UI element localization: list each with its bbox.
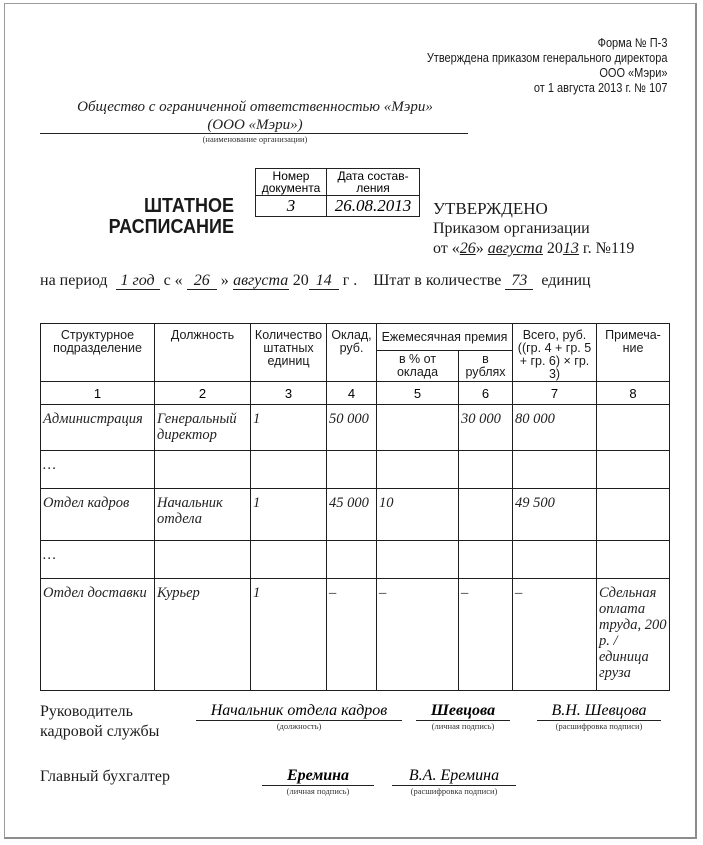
table-cell bbox=[377, 541, 459, 579]
column-number: 6 bbox=[459, 382, 513, 405]
hr-head-label: Руководитель кадровой службы bbox=[40, 702, 159, 742]
table-cell bbox=[459, 489, 513, 541]
document-title: ШТАТНОЕ РАСПИСАНИЕ bbox=[95, 196, 234, 238]
period-year-suffix: 14 bbox=[309, 273, 339, 290]
staff-count-label: Штат в количестве bbox=[373, 272, 501, 289]
table-cell: Начальник отдела bbox=[155, 489, 251, 541]
table-cell bbox=[155, 541, 251, 579]
header-bonus-rub: в рублях bbox=[459, 351, 513, 382]
header-note: Примеча-ние bbox=[597, 324, 670, 382]
hr-head-label-line2: кадровой службы bbox=[40, 722, 159, 742]
hr-head-position-field: Начальник отдела кадров (должность) bbox=[196, 702, 402, 731]
table-cell: – bbox=[513, 579, 597, 691]
approval-order-date: от «26» августа 2013 г. №119 bbox=[433, 239, 634, 259]
document-title-line2: РАСПИСАНИЕ bbox=[95, 217, 234, 238]
chief-accountant-signature: Еремина bbox=[262, 767, 374, 786]
form-approval-org: ООО «Мэри» bbox=[426, 66, 667, 81]
table-cell: 10 bbox=[377, 489, 459, 541]
header-bonus-group: Ежемесячная премия bbox=[377, 324, 513, 351]
approval-month: августа bbox=[488, 240, 543, 257]
table-cell: Сдельная оплата труда, 200 р. / единица … bbox=[597, 579, 670, 691]
document-number-date-box: Номер документа Дата состав-ления 3 26.0… bbox=[255, 168, 420, 217]
hr-head-signature-field: Шевцова (личная подпись) bbox=[416, 702, 510, 731]
table-cell bbox=[377, 405, 459, 451]
table-cell bbox=[513, 451, 597, 489]
column-number: 1 bbox=[41, 382, 155, 405]
table-cell bbox=[597, 541, 670, 579]
approval-year-prefix: 20 bbox=[543, 240, 563, 257]
hr-head-signature: Шевцова bbox=[416, 702, 510, 721]
chief-accountant-label: Главный бухгалтер bbox=[40, 767, 170, 787]
table-cell bbox=[251, 451, 327, 489]
column-number: 2 bbox=[155, 382, 251, 405]
chief-accountant-signature-field: Еремина (личная подпись) bbox=[262, 767, 374, 796]
hr-head-decoding-field: В.Н. Шевцова (расшифровка подписи) bbox=[537, 702, 661, 731]
approval-prefix: от « bbox=[433, 240, 460, 257]
document-number-value: 3 bbox=[256, 196, 327, 217]
table-cell bbox=[597, 405, 670, 451]
table-cell bbox=[251, 541, 327, 579]
period-year-unit: г . bbox=[343, 272, 358, 289]
period-year-prefix: 20 bbox=[293, 272, 309, 289]
approval-mid: » bbox=[476, 240, 488, 257]
staff-count-unit: единиц bbox=[541, 272, 590, 289]
header-department: Структурное подразделение bbox=[41, 324, 155, 382]
hr-head-decoding: В.Н. Шевцова bbox=[537, 702, 661, 721]
table-cell: Администрация bbox=[41, 405, 155, 451]
organization-full-name: Общество с ограниченной ответственностью… bbox=[40, 98, 470, 116]
header-salary: Оклад, руб. bbox=[327, 324, 377, 382]
column-number: 3 bbox=[251, 382, 327, 405]
table-cell bbox=[155, 451, 251, 489]
column-number: 8 bbox=[597, 382, 670, 405]
chief-accountant-signature-caption: (личная подпись) bbox=[262, 786, 374, 796]
header-total: Всего, руб. ((гр. 4 + гр. 5 + гр. 6) × г… bbox=[513, 324, 597, 382]
document-date-label: Дата состав-ления bbox=[327, 169, 420, 196]
hr-head-position-caption: (должность) bbox=[196, 721, 402, 731]
table-row: АдминистрацияГенеральный директор150 000… bbox=[41, 405, 670, 451]
table-row: … bbox=[41, 451, 670, 489]
header-position: Должность bbox=[155, 324, 251, 382]
table-row: Отдел доставкиКурьер1––––Сдельная оплата… bbox=[41, 579, 670, 691]
table-cell: … bbox=[41, 541, 155, 579]
period-from-label: с « bbox=[164, 272, 183, 289]
document-title-line1: ШТАТНОЕ bbox=[95, 196, 234, 217]
form-approval-date: от 1 августа 2013 г. № 107 bbox=[426, 81, 667, 96]
table-cell: Отдел доставки bbox=[41, 579, 155, 691]
column-number: 5 bbox=[377, 382, 459, 405]
column-numbers-row: 1 2 3 4 5 6 7 8 bbox=[41, 382, 670, 405]
table-cell bbox=[327, 541, 377, 579]
approval-order: Приказом организации bbox=[433, 219, 634, 239]
table-cell: 1 bbox=[251, 489, 327, 541]
table-cell: 1 bbox=[251, 405, 327, 451]
staff-count-value: 73 bbox=[505, 273, 533, 290]
table-cell: – bbox=[327, 579, 377, 691]
hr-head-position: Начальник отдела кадров bbox=[196, 702, 402, 721]
approval-heading: УТВЕРЖДЕНО bbox=[433, 199, 634, 219]
organization-name: Общество с ограниченной ответственностью… bbox=[40, 98, 470, 134]
chief-accountant-decoding-caption: (расшифровка подписи) bbox=[392, 786, 516, 796]
form-approval-line: Утверждена приказом генерального директо… bbox=[426, 51, 667, 66]
period-month: августа bbox=[233, 273, 289, 290]
chief-accountant-decoding-field: В.А. Еремина (расшифровка подписи) bbox=[392, 767, 516, 796]
document-number-label: Номер документа bbox=[256, 169, 327, 196]
table-cell bbox=[597, 489, 670, 541]
header-bonus-percent: в % от оклада bbox=[377, 351, 459, 382]
hr-head-signature-caption: (личная подпись) bbox=[416, 721, 510, 731]
table-cell: Отдел кадров bbox=[41, 489, 155, 541]
table-row: … bbox=[41, 541, 670, 579]
table-cell bbox=[459, 541, 513, 579]
table-cell: Генеральный директор bbox=[155, 405, 251, 451]
table-cell: 50 000 bbox=[327, 405, 377, 451]
table-cell: 80 000 bbox=[513, 405, 597, 451]
column-number: 7 bbox=[513, 382, 597, 405]
period-day: 26 bbox=[187, 273, 217, 290]
table-row: Отдел кадровНачальник отдела145 0001049 … bbox=[41, 489, 670, 541]
table-cell: … bbox=[41, 451, 155, 489]
form-number: Форма № П-3 bbox=[426, 36, 667, 51]
approval-day: 26 bbox=[460, 240, 476, 257]
table-cell bbox=[377, 451, 459, 489]
table-cell: – bbox=[459, 579, 513, 691]
table-cell bbox=[597, 451, 670, 489]
period-duration: 1 год bbox=[116, 273, 160, 290]
table-cell: 1 bbox=[251, 579, 327, 691]
period-label: на период bbox=[40, 272, 108, 289]
staffing-table: Структурное подразделение Должность Коли… bbox=[40, 323, 670, 691]
period-close-quote: » bbox=[221, 272, 229, 289]
table-cell: 45 000 bbox=[327, 489, 377, 541]
table-cell: Курьер bbox=[155, 579, 251, 691]
table-cell: – bbox=[377, 579, 459, 691]
table-cell bbox=[513, 541, 597, 579]
approval-block: УТВЕРЖДЕНО Приказом организации от «26» … bbox=[433, 199, 634, 259]
chief-accountant-decoding: В.А. Еремина bbox=[392, 767, 516, 786]
table-cell bbox=[459, 451, 513, 489]
form-header: Форма № П-3 Утверждена приказом генераль… bbox=[426, 36, 667, 96]
hr-head-label-line1: Руководитель bbox=[40, 702, 159, 722]
table-cell: 49 500 bbox=[513, 489, 597, 541]
table-cell: 30 000 bbox=[459, 405, 513, 451]
header-units: Количество штатных единиц bbox=[251, 324, 327, 382]
column-number: 4 bbox=[327, 382, 377, 405]
organization-short-name: (ООО «Мэри») bbox=[40, 116, 470, 134]
approval-year-suffix: 13 bbox=[563, 240, 579, 257]
period-line: на период 1 год с « 26 » августа 2014 г … bbox=[40, 272, 591, 290]
hr-head-decoding-caption: (расшифровка подписи) bbox=[537, 721, 661, 731]
approval-number: г. №119 bbox=[579, 240, 634, 257]
organization-caption: (наименование организации) bbox=[40, 134, 470, 144]
table-cell bbox=[327, 451, 377, 489]
document-date-value: 26.08.2013 bbox=[327, 196, 420, 217]
